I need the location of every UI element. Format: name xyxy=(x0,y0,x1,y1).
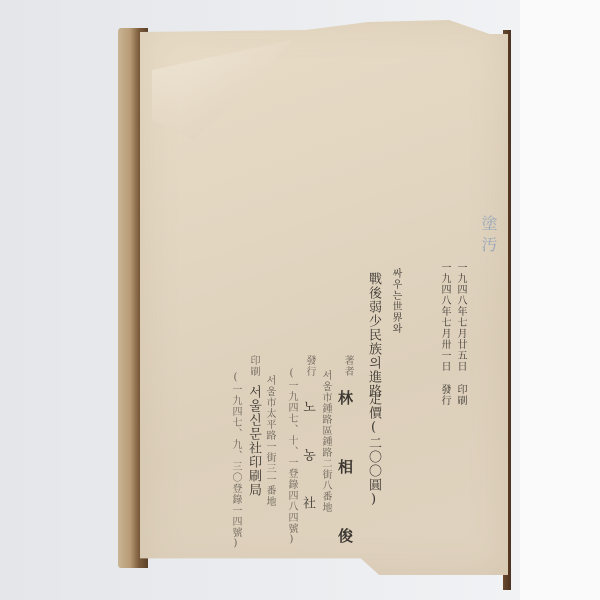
publisher-address: 서울市鍾路區鍾路二街八番地 xyxy=(318,370,333,513)
printer-registration: (一九四七、九、三〇登錄一四號) xyxy=(228,372,243,550)
blue-ink-stamp: 塗 汚 xyxy=(470,215,500,295)
publisher-name: 노 농 社 xyxy=(298,400,317,519)
background-right xyxy=(520,0,600,600)
print-date: 一九四八年七月廿五日 印刷 xyxy=(453,262,468,406)
publisher-registration: (一九四七、十、一登錄四八四號) xyxy=(284,368,299,546)
author-label: 著者 xyxy=(340,355,355,377)
book-title-line1: 싸우는世界와 xyxy=(388,268,403,334)
author-name: 林 相 俊 xyxy=(335,390,356,561)
printer-name: 서울신문社印刷局 xyxy=(244,385,263,497)
printer-address: 서울市太平路一街三一番地 xyxy=(262,375,277,507)
printer-label: 印刷 xyxy=(246,355,261,377)
issue-date: 一九四八年七月卅一日 發行 xyxy=(437,262,452,406)
price: 定價(二〇〇圓) xyxy=(364,392,383,508)
publisher-label: 發行 xyxy=(302,355,317,377)
book-title-line2: 戰後弱少民族의進路 xyxy=(364,272,383,398)
